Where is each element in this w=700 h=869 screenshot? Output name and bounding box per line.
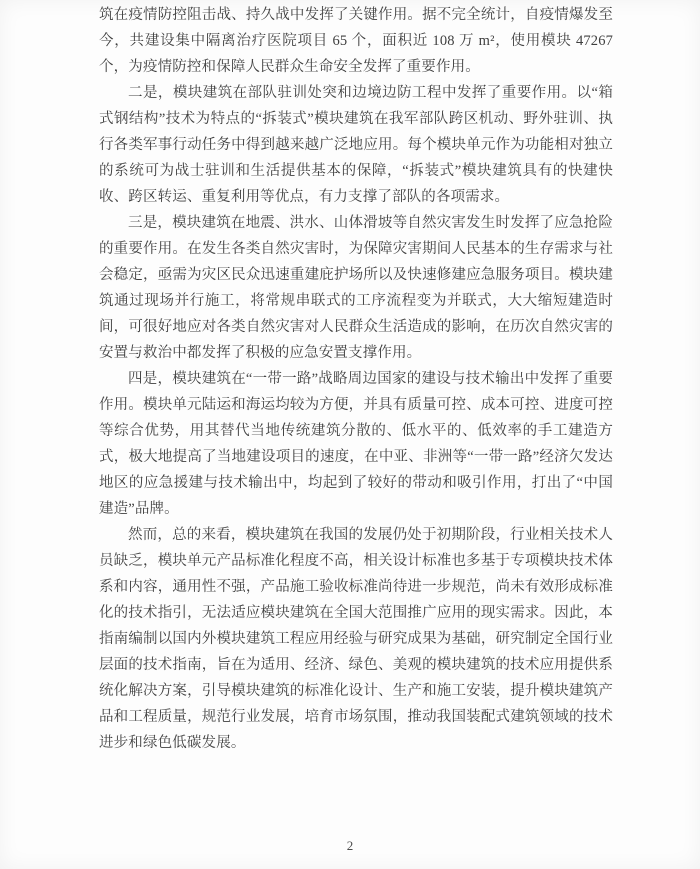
paragraph: 二是，模块建筑在部队驻训处突和边境边防工程中发挥了重要作用。以“箱式钢结构”技术…: [99, 80, 613, 210]
paragraph: 四是，模块建筑在“一带一路”战略周边国家的建设与技术输出中发挥了重要作用。模块单…: [99, 366, 613, 522]
paragraph: 然而，总的来看，模块建筑在我国的发展仍处于初期阶段，行业相关技术人员缺乏，模块单…: [99, 522, 613, 756]
page-number: 2: [0, 838, 700, 854]
paragraph: 筑在疫情防控阻击战、持久战中发挥了关键作用。据不完全统计，自疫情爆发至今，共建设…: [99, 2, 613, 80]
document-page: 筑在疫情防控阻击战、持久战中发挥了关键作用。据不完全统计，自疫情爆发至今，共建设…: [0, 0, 700, 869]
document-body: 筑在疫情防控阻击战、持久战中发挥了关键作用。据不完全统计，自疫情爆发至今，共建设…: [99, 2, 613, 756]
paragraph: 三是，模块建筑在地震、洪水、山体滑坡等自然灾害发生时发挥了应急抢险的重要作用。在…: [99, 210, 613, 366]
